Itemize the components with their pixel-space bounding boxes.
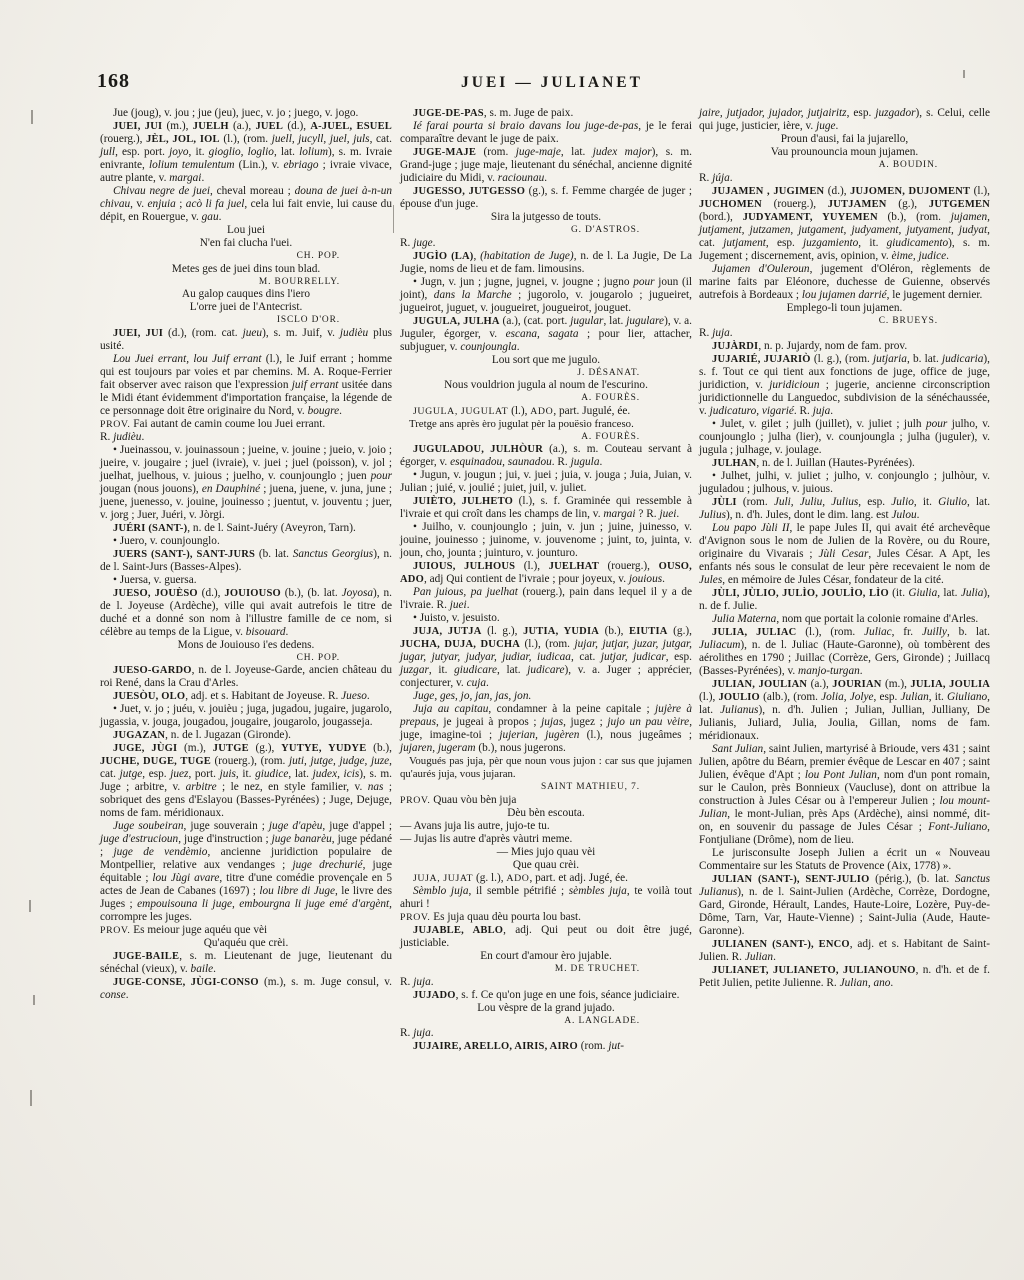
citation-attribution: J. DÉSANAT. [400, 367, 692, 380]
dictionary-entry: JUGULADOU, JULHÒUR (a.), s. m. Couteau s… [400, 443, 692, 469]
verse-line: Lou juei [100, 224, 392, 237]
citation-attribution: SAINT MATHIEU, 7. [400, 781, 692, 794]
dictionary-entry: JUÉRI (SANT-), n. de l. Saint-Juéry (Ave… [100, 522, 392, 535]
dictionary-entry: JULIAN (SANT-), SENT-JULIO (périg.), (b.… [699, 873, 990, 938]
verse-line: Metes ges de juei dins toun blad. [100, 263, 392, 276]
citation-attribution: CH. POP. [100, 652, 392, 665]
text-paragraph: • Jugn, v. jun ; jugne, jugnei, v. jougn… [400, 276, 692, 315]
text-paragraph: PROV. Quau vòu bèn juja [400, 794, 692, 807]
dictionary-entry: JULIA, JULIAC (l.), (rom. Juliac, fr. Ju… [699, 626, 990, 678]
text-paragraph: R. judièu. [100, 431, 392, 444]
text-paragraph: JUGULA, JUGULAT (l.), ADO, part. Jugulé,… [400, 405, 692, 418]
text-paragraph: • Jugun, v. jougun ; jui, v. juei ; juia… [400, 469, 692, 495]
citation-attribution: A. BOUDIN. [699, 159, 990, 172]
citation-attribution: A. LANGLADE. [400, 1015, 692, 1028]
text-paragraph: R. juja. [400, 1027, 692, 1040]
citation-attribution: A. FOURÈS. [400, 392, 692, 405]
text-paragraph: • Juisto, v. jesuisto. [400, 612, 692, 625]
text-paragraph: • Jueinassou, v. jouinassoun ; jueine, v… [100, 444, 392, 522]
text-paragraph: Tretge ans après èro jugulat pèr la pouë… [400, 418, 692, 431]
text-paragraph: Vougués pas juja, pèr que noun vous jujo… [400, 755, 692, 781]
text-paragraph: • Juersa, v. guersa. [100, 574, 392, 587]
text-paragraph: Chivau negre de juei, cheval moreau ; do… [100, 185, 392, 224]
text-paragraph: R. juge. [400, 237, 692, 250]
dictionary-entry: JUJARIÉ, JUJARIÒ (l. g.), (rom. jutjaria… [699, 353, 990, 418]
dictionary-entry: JUEI, JUI (m.), JUELH (a.), JUEL (d.), A… [100, 120, 392, 185]
text-paragraph: • Julhet, julhi, v. juliet ; julho, v. c… [699, 470, 990, 496]
citation-attribution: A. FOURÈS. [400, 431, 692, 444]
citation-attribution: C. BRUEYS. [699, 315, 990, 328]
verse-line: Qu'aquéu que crèi. [100, 937, 392, 950]
dictionary-entry: JULHAN, n. de l. Juillan (Hautes-Pyrénée… [699, 457, 990, 470]
dictionary-entry: JUEI, JUI (d.), (rom. cat. jueu), s. m. … [100, 327, 392, 353]
column-2: JUGE-DE-PAS, s. m. Juge de paix.Ié farai… [400, 107, 692, 1053]
dictionary-entry: JUGULA, JULHA (a.), (cat. port. jugular,… [400, 315, 692, 354]
text-paragraph: jaire, jutjador, jujador, jutjairitz, es… [699, 107, 990, 133]
scan-artifact [29, 900, 31, 912]
text-paragraph: R. juja. [699, 327, 990, 340]
citation-attribution: ISCLO D'OR. [100, 314, 392, 327]
text-paragraph: • Juilho, v. counjounglo ; juin, v. jun … [400, 521, 692, 560]
text-paragraph: — Avans juja lis autre, jujo-te tu. [400, 820, 692, 833]
verse-line: En court d'amour èro jujable. [400, 950, 692, 963]
scan-artifact [30, 1090, 32, 1106]
dictionary-entry: JULIANEN (SANT-), ENCO, adj. et s. Habit… [699, 938, 990, 964]
dictionary-entry: JULIANET, JULIANETO, JULIANOUNO, n. d'h.… [699, 964, 990, 990]
verse-line: — Mies jujo quau vèi [400, 846, 692, 859]
dictionary-entry: JUGE, JÙGI (m.), JUTGE (g.), YUTYE, YUDY… [100, 742, 392, 820]
citation-attribution: CH. POP. [100, 250, 392, 263]
verse-line: Mons de Jouiouso i'es dedens. [100, 639, 392, 652]
dictionary-entry: JUJADO, s. f. Ce qu'on juge en une fois,… [400, 989, 692, 1002]
scan-artifact [31, 110, 33, 124]
text-paragraph: Lou papo Jùli II, le pape Jules II, qui … [699, 522, 990, 587]
dictionary-entry: JUJÀRDI, n. p. Jujardy, nom de fam. prov… [699, 340, 990, 353]
verse-line: Lou vèspre de la grand jujado. [400, 1002, 692, 1015]
citation-attribution: M. BOURRELLY. [100, 276, 392, 289]
dictionary-entry: JUGÌO (LA), (habitation de Juge), n. de … [400, 250, 692, 276]
text-paragraph: • Juero, v. counjounglo. [100, 535, 392, 548]
dictionary-entry: JUIÈTO, JULHETO (l.), s. f. Graminée qui… [400, 495, 692, 521]
text-paragraph: Pan juious, pa juelhat (rouerg.), pain d… [400, 586, 692, 612]
text-paragraph: R. juja. [400, 976, 692, 989]
text-paragraph: Sèmblo juja, il semble pétrifié ; sèmble… [400, 885, 692, 911]
dictionary-entry: JÙLI (rom. Juli, Juliu, Julius, esp. Jul… [699, 496, 990, 522]
dictionary-entry: JUGE-BAILE, s. m. Lieutenant de juge, li… [100, 950, 392, 976]
text-paragraph: • Juet, v. jo ; juéu, v. jouièu ; juga, … [100, 703, 392, 729]
text-paragraph: Lou Juei errant, lou Juif errant (l.), l… [100, 353, 392, 418]
text-paragraph: Sant Julian, saint Julien, martyrisé à B… [699, 743, 990, 847]
dictionary-entry: JUERS (SANT-), SANT-JURS (b. lat. Sanctu… [100, 548, 392, 574]
text-paragraph: — Jujas lis autre d'après vàutri meme. [400, 833, 692, 846]
dictionary-entry: JUESO-GARDO, n. de l. Joyeuse-Garde, anc… [100, 664, 392, 690]
text-paragraph: R. júja. [699, 172, 990, 185]
scan-artifact [393, 205, 394, 233]
dictionary-entry: JUJABLE, ABLO, adj. Qui peut ou doit êtr… [400, 924, 692, 950]
dictionary-entry: JUJAIRE, ARELLO, AIRIS, AIRO (rom. jut- [400, 1040, 692, 1053]
dictionary-entry: JUIOUS, JULHOUS (l.), JUELHAT (rouerg.),… [400, 560, 692, 586]
text-paragraph: PROV. Fai autant de camin coume lou Juei… [100, 418, 392, 431]
scanned-dictionary-page: 168 JUEI — JULIANET Jue (joug), v. jou ;… [0, 0, 1024, 1280]
scan-artifact [963, 70, 965, 78]
dictionary-entry: JUGESSO, JUTGESSO (g.), s. f. Femme char… [400, 185, 692, 211]
running-header: JUEI — JULIANET [120, 74, 984, 92]
dictionary-entry: JUESÒU, OLO, adj. et s. Habitant de Joye… [100, 690, 392, 703]
text-paragraph: • Julet, v. gilet ; julh (juillet), v. j… [699, 418, 990, 457]
verse-line: Dèu bèn escouta. [400, 807, 692, 820]
text-paragraph: Le jurisconsulte Joseph Julien a écrit u… [699, 847, 990, 873]
verse-line: N'en fai clucha l'uei. [100, 237, 392, 250]
verse-line: Emplego-li toun jujamen. [699, 302, 990, 315]
text-paragraph: Ié farai pourta si braio davans lou juge… [400, 120, 692, 146]
dictionary-entry: JUGAZAN, n. de l. Jugazan (Gironde). [100, 729, 392, 742]
dictionary-entry: JUGE-MAJE (rom. juge-maje, lat. judex ma… [400, 146, 692, 185]
text-paragraph: PROV. Es juja quau dèu pourta lou bast. [400, 911, 692, 924]
text-paragraph: Juge soubeiran, juge souverain ; juge d'… [100, 820, 392, 924]
verse-line: Sira la jutgesso de touts. [400, 211, 692, 224]
verse-line: L'orre juei de l'Antecrist. [100, 301, 392, 314]
verse-line: Proun d'ausi, fai la jujarello, [699, 133, 990, 146]
dictionary-entry: JUGE-DE-PAS, s. m. Juge de paix. [400, 107, 692, 120]
scan-artifact [33, 995, 35, 1005]
verse-line: Au galop cauques dins l'iero [100, 288, 392, 301]
verse-line: Que quau crèi. [400, 859, 692, 872]
text-paragraph: PROV. Es meiour juge aquéu que vèi [100, 924, 392, 937]
text-paragraph: Juge, ges, jo, jan, jas, jon. [400, 690, 692, 703]
column-1: Jue (joug), v. jou ; jue (jeu), juec, v.… [100, 107, 392, 1002]
text-paragraph: Juja au capitau, condamner à la peine ca… [400, 703, 692, 755]
text-paragraph: JUJA, JUJAT (g. l.), ADO, part. et adj. … [400, 872, 692, 885]
text-paragraph: Julia Materna, nom que portait la coloni… [699, 613, 990, 626]
verse-line: Vau prounouncia moun jujamen. [699, 146, 990, 159]
text-paragraph: Jue (joug), v. jou ; jue (jeu), juec, v.… [100, 107, 392, 120]
verse-line: Nous vouldrion jugula al noum de l'escur… [400, 379, 692, 392]
dictionary-entry: JÙLI, JÙLIO, JULÌO, JOULÌO, LÌO (it. Giu… [699, 587, 990, 613]
dictionary-entry: JUJAMEN , JUGIMEN (d.), JUJOMEN, DUJOMEN… [699, 185, 990, 263]
dictionary-entry: JUJA, JUTJA (l. g.), JUTIA, YUDIA (b.), … [400, 625, 692, 690]
dictionary-entry: JULIAN, JOULIAN (a.), JOURIAN (m.), JULI… [699, 678, 990, 743]
verse-line: Lou sort que me jugulo. [400, 354, 692, 367]
text-paragraph: Jujamen d'Ouleroun, jugement d'Oléron, r… [699, 263, 990, 302]
dictionary-entry: JUESO, JOUÈSO (d.), JOUIOUSO (b.), (b. l… [100, 587, 392, 639]
citation-attribution: M. DE TRUCHET. [400, 963, 692, 976]
column-3: jaire, jutjador, jujador, jutjairitz, es… [699, 107, 990, 990]
dictionary-entry: JUGE-CONSE, JÙGI-CONSO (m.), s. m. Juge … [100, 976, 392, 1002]
citation-attribution: G. D'ASTROS. [400, 224, 692, 237]
